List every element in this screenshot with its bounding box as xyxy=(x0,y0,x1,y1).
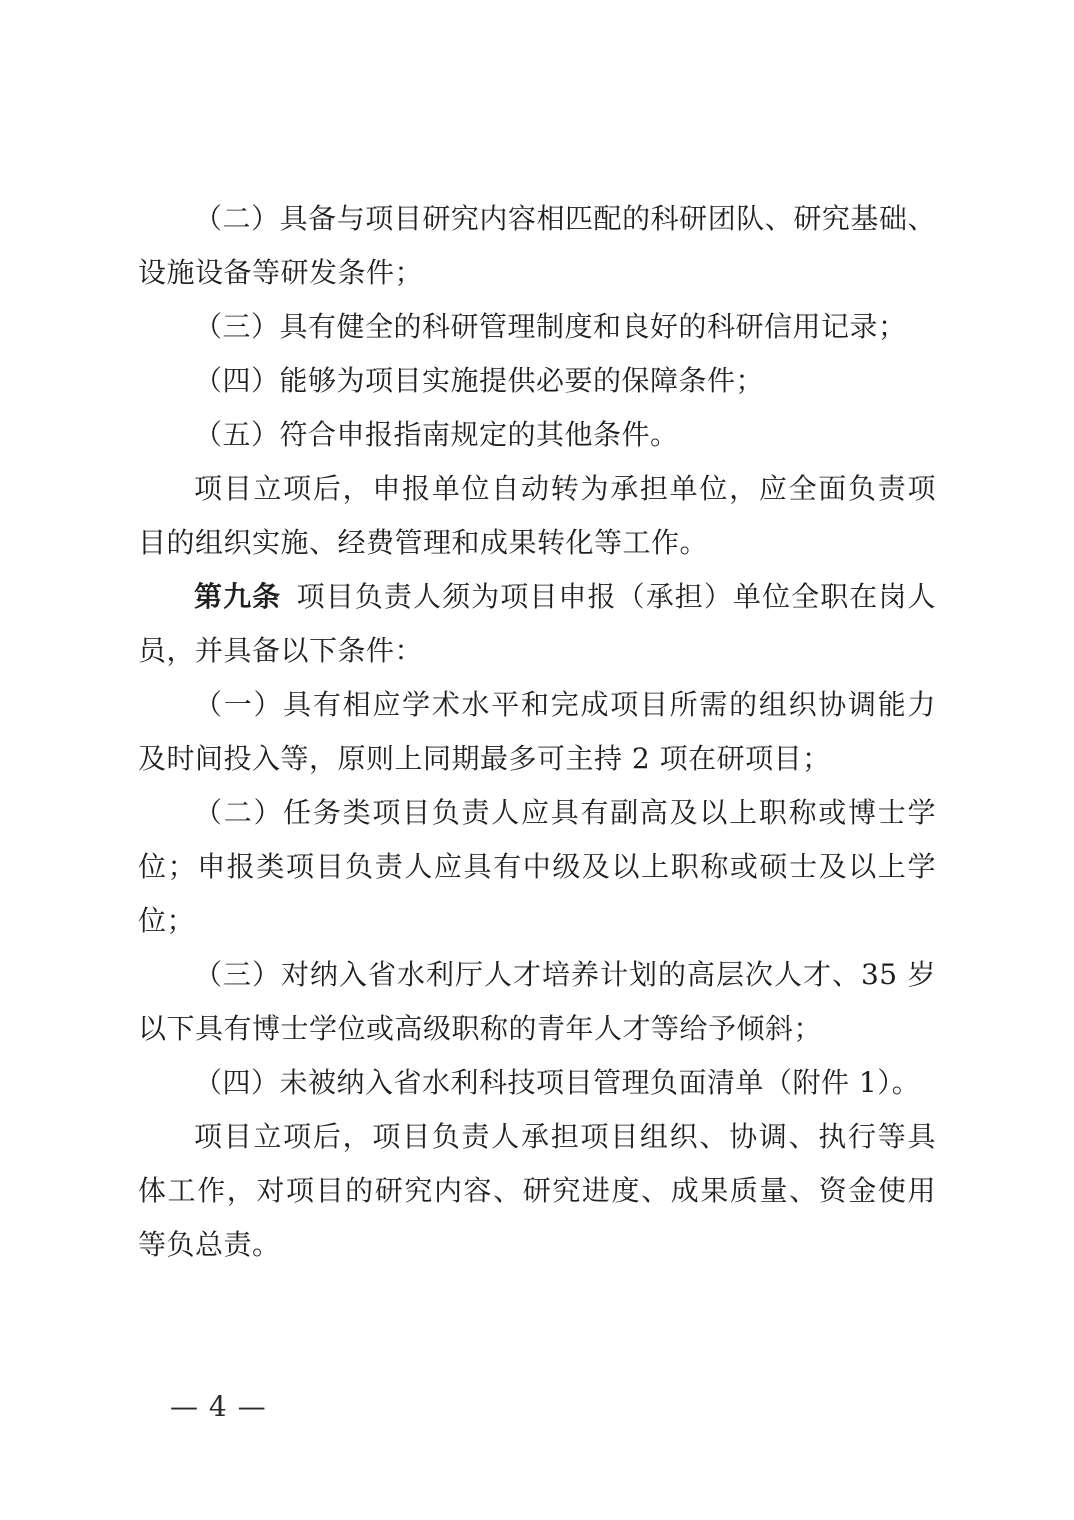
document-line: 项目立项后，项目负责人承担项目组织、协调、执行等具 xyxy=(138,1110,936,1164)
article-text: 项目负责人须为项目申报（承担）单位全职在岗人 xyxy=(297,580,936,613)
page-number: — 4 — xyxy=(170,1392,267,1422)
document-line: （二）具备与项目研究内容相匹配的科研团队、研究基础、 xyxy=(138,192,936,246)
document-body: （二）具备与项目研究内容相匹配的科研团队、研究基础、 设施设备等研发条件； （三… xyxy=(138,192,936,1272)
document-line: 位；申报类项目负责人应具有中级及以上职称或硕士及以上学 xyxy=(138,840,936,894)
article-number-heading: 第九条 xyxy=(194,580,281,613)
document-line: 等负总责。 xyxy=(138,1218,936,1272)
document-line: （四）未被纳入省水利科技项目管理负面清单（附件 1）。 xyxy=(138,1056,936,1110)
document-line: 体工作，对项目的研究内容、研究进度、成果质量、资金使用 xyxy=(138,1164,936,1218)
document-line: （二）任务类项目负责人应具有副高及以上职称或博士学 xyxy=(138,786,936,840)
document-line: （一）具有相应学术水平和完成项目所需的组织协调能力 xyxy=(138,678,936,732)
document-line: 项目立项后，申报单位自动转为承担单位，应全面负责项 xyxy=(138,462,936,516)
document-line: （四）能够为项目实施提供必要的保障条件； xyxy=(138,354,936,408)
document-line: （三）具有健全的科研管理制度和良好的科研信用记录； xyxy=(138,300,936,354)
document-line: 位； xyxy=(138,894,936,948)
document-line: 目的组织实施、经费管理和成果转化等工作。 xyxy=(138,516,936,570)
document-line: 及时间投入等，原则上同期最多可主持 2 项在研项目； xyxy=(138,732,936,786)
document-line: 员，并具备以下条件： xyxy=(138,624,936,678)
document-line: 设施设备等研发条件； xyxy=(138,246,936,300)
document-line-article-9: 第九条项目负责人须为项目申报（承担）单位全职在岗人 xyxy=(138,570,936,624)
document-line: 以下具有博士学位或高级职称的青年人才等给予倾斜； xyxy=(138,1002,936,1056)
document-line: （三）对纳入省水利厅人才培养计划的高层次人才、35 岁 xyxy=(138,948,936,1002)
document-line: （五）符合申报指南规定的其他条件。 xyxy=(138,408,936,462)
document-page: （二）具备与项目研究内容相匹配的科研团队、研究基础、 设施设备等研发条件； （三… xyxy=(0,0,1074,1520)
